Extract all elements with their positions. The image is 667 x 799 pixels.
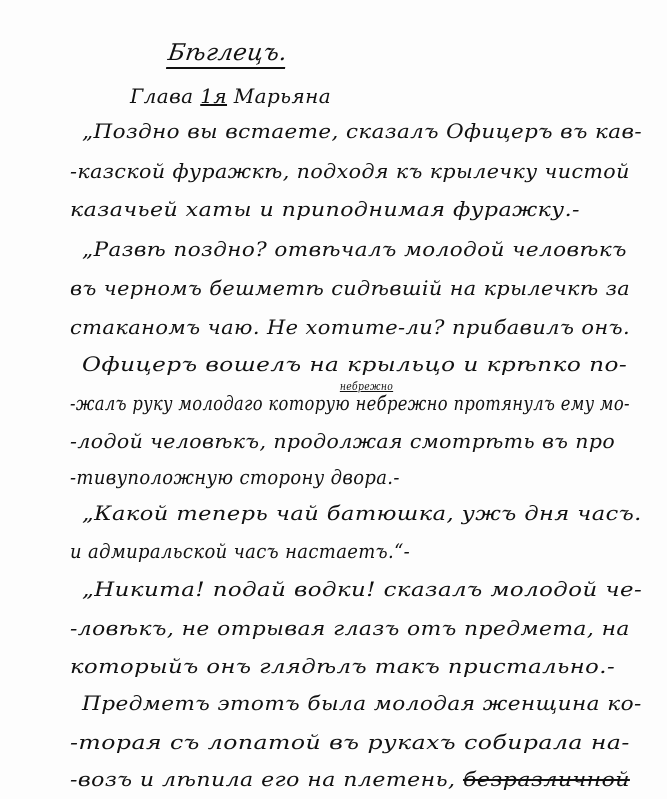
manuscript-line: Предметъ этотъ была молодая женщина ко- bbox=[82, 692, 642, 715]
line-text: и адмиральской часъ настаетъ.“- bbox=[70, 540, 410, 563]
manuscript-line: которыйъ онъ глядѣлъ такъ пристально.- bbox=[70, 655, 615, 678]
manuscript-line: -возъ и лѣпила его на плетень, безразлич… bbox=[70, 768, 630, 791]
line-text: „Поздно вы встаете, сказалъ Офицеръ въ к… bbox=[82, 120, 642, 143]
line-text: стаканомъ чаю. Не хотите-ли? прибавилъ о… bbox=[70, 316, 630, 339]
chapter-label: Глава bbox=[130, 84, 193, 108]
manuscript-line: въ черномъ бешметѣ сидѣвшій на крылечкѣ … bbox=[70, 277, 630, 300]
manuscript-line: казачьей хаты и приподнимая фуражку.- bbox=[70, 198, 580, 221]
manuscript-title: Бѣглецъ. bbox=[166, 40, 289, 69]
manuscript-line: -ловѣкъ, не отрывая глазъ отъ предмета, … bbox=[70, 617, 630, 640]
line-text: въ черномъ бешметѣ сидѣвшій на крылечкѣ … bbox=[70, 277, 630, 300]
line-text: Предметъ этотъ была молодая женщина ко- bbox=[82, 692, 642, 715]
manuscript-line: стаканомъ чаю. Не хотите-ли? прибавилъ о… bbox=[70, 316, 630, 339]
line-text: -жалъ руку молодаго которую небрежно про… bbox=[70, 392, 630, 415]
line-text: -лодой человѣкъ, продолжая смотрѣть въ п… bbox=[70, 430, 615, 453]
manuscript-line: „Поздно вы встаете, сказалъ Офицеръ въ к… bbox=[82, 120, 642, 143]
manuscript-line: Офицеръ вошелъ на крыльцо и крѣпко по- bbox=[82, 353, 627, 376]
manuscript-line: -лодой человѣкъ, продолжая смотрѣть въ п… bbox=[70, 430, 615, 453]
line-text: -возъ и лѣпила его на плетень, bbox=[70, 768, 463, 791]
line-text: -торая съ лопатой въ рукахъ собирала на- bbox=[70, 731, 630, 754]
line-text: „Какой теперь чай батюшка, ужъ дня часъ. bbox=[82, 502, 642, 525]
manuscript-line: -жалъ руку молодаго которую небрежно про… bbox=[70, 392, 630, 415]
chapter-number: 1я bbox=[200, 84, 227, 108]
manuscript-line: и адмиральской часъ настаетъ.“- bbox=[70, 540, 410, 563]
manuscript-line: „Развѣ поздно? отвѣчалъ молодой человѣкъ bbox=[82, 238, 627, 261]
line-text: -казской фуражкѣ, подходя къ крылечку чи… bbox=[70, 160, 630, 183]
line-text: казачьей хаты и приподнимая фуражку.- bbox=[70, 198, 580, 221]
struck-text: безразличной bbox=[463, 768, 630, 791]
line-text: -ловѣкъ, не отрывая глазъ отъ предмета, … bbox=[70, 617, 630, 640]
manuscript-line: -торая съ лопатой въ рукахъ собирала на- bbox=[70, 731, 630, 754]
manuscript-line: „Никита! подай водки! сказалъ молодой че… bbox=[82, 578, 642, 601]
chapter-name: Марьяна bbox=[234, 84, 331, 108]
manuscript-line: -тивуположную сторону двора.- bbox=[70, 466, 400, 489]
chapter-heading: Глава 1я Марьяна bbox=[130, 84, 331, 108]
manuscript-page: Бѣглецъ. Глава 1я Марьяна „Поздно вы вст… bbox=[0, 0, 667, 799]
line-text: „Развѣ поздно? отвѣчалъ молодой человѣкъ bbox=[82, 238, 627, 261]
interlinear-insertion: небрежно bbox=[340, 380, 393, 393]
manuscript-line: -казской фуражкѣ, подходя къ крылечку чи… bbox=[70, 160, 630, 183]
line-text: Офицеръ вошелъ на крыльцо и крѣпко по- bbox=[82, 353, 627, 376]
line-text: которыйъ онъ глядѣлъ такъ пристально.- bbox=[70, 655, 615, 678]
line-text: -тивуположную сторону двора.- bbox=[70, 466, 400, 489]
line-text: „Никита! подай водки! сказалъ молодой че… bbox=[82, 578, 642, 601]
manuscript-line: „Какой теперь чай батюшка, ужъ дня часъ. bbox=[82, 502, 642, 525]
